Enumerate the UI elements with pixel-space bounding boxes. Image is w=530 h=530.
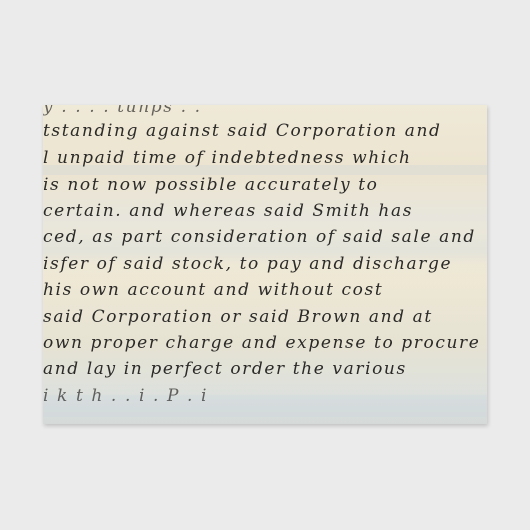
manuscript-line-11: and lay in perfect order the various <box>43 359 407 379</box>
manuscript-line-1: y . . . . tunps . . <box>43 105 202 117</box>
manuscript-line-10: own proper charge and expense to procure <box>43 333 480 353</box>
manuscript-page: y . . . . tunps . . tstanding against sa… <box>43 105 487 424</box>
manuscript-line-6: ced, as part consideration of said sale … <box>43 227 476 247</box>
manuscript-line-4: is not now possible accurately to <box>43 175 379 195</box>
manuscript-line-12: i k t h . . i . P . i <box>43 386 208 406</box>
manuscript-line-2: tstanding against said Corporation and <box>43 121 441 141</box>
manuscript-line-8: his own account and without cost <box>43 280 383 300</box>
manuscript-line-3: l unpaid time of indebtedness which <box>43 148 412 168</box>
manuscript-line-9: said Corporation or said Brown and at <box>43 307 433 327</box>
manuscript-line-7: isfer of said stock, to pay and discharg… <box>43 254 452 274</box>
manuscript-line-5: certain. and whereas said Smith has <box>43 201 413 221</box>
